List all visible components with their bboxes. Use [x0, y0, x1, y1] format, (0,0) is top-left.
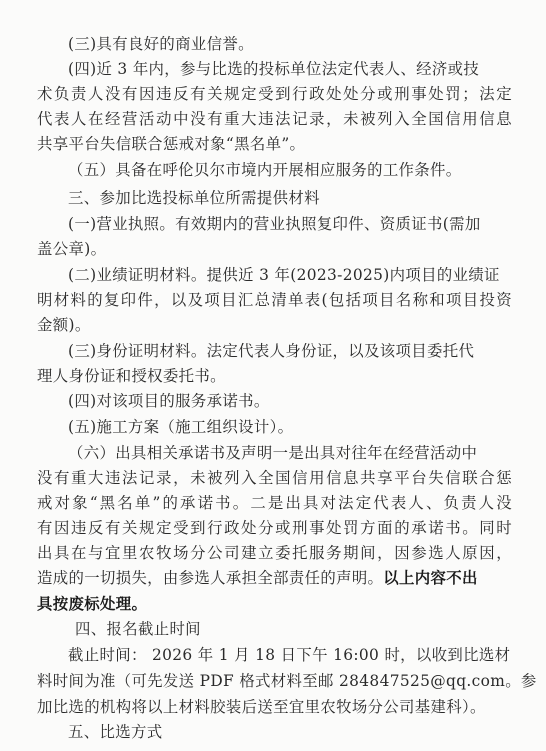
- deadline-line-1: 截止时间： 2026 年 1 月 18 日下午 16:00 时，以收到比选材: [68, 645, 543, 665]
- section-4-heading: 四、报名截止时间: [75, 619, 546, 639]
- material-6-line-3: 戒对象“黑名单”的承诺书。二是出具对法定代表人、负责人没: [37, 493, 512, 513]
- section-3-heading: 三、参加比选投标单位所需提供材料: [68, 188, 543, 208]
- material-6-line-5: 出具在与宜里农牧场分公司建立委托服务期间，因参选人原因，: [37, 543, 512, 563]
- section-5-heading: 五、比选方式: [68, 722, 543, 742]
- material-6-statement-text: 造成的一切损失，由参选人承担全部责任的声明。: [37, 569, 383, 587]
- material-1-line-1: (一)营业执照。有效期内的营业执照复印件、资质证书(需加: [68, 214, 543, 234]
- clause-4-line-2: 术负责人没有因违反有关规定受到行政处处分或刑事处罚；法定: [37, 84, 512, 104]
- material-4: (四)对该项目的服务承诺书。: [68, 391, 543, 411]
- material-2-line-3: 金额)。: [37, 315, 512, 335]
- material-5: (五)施工方案（施工组织设计）。: [68, 417, 543, 437]
- material-3-line-1: (三)身份证明材料。法定代表人身份证，以及该项目委托代: [68, 341, 543, 361]
- material-6-line-2: 没有重大违法记录，未被列入全国信用信息共享平台失信联合惩: [37, 468, 512, 488]
- clause-4-line-1: (四)近 3 年内，参与比选的投标单位法定代表人、经济或技: [68, 59, 543, 79]
- material-2-line-1: (二)业绩证明材料。提供近 3 年(2023-2025)内项目的业绩证: [68, 265, 543, 285]
- disqualification-notice-end: 具按废标处理。: [37, 594, 512, 614]
- material-6-line-4: 有因违反有关规定受到行政处分或刑事处罚方面的承诺书。同时: [37, 518, 512, 538]
- material-2-line-2: 明材料的复印件，以及项目汇总清单表(包括项目名称和项目投资: [37, 290, 512, 310]
- deadline-line-2: 料时间为准（可先发送 PDF 格式材料至邮 284847525@qq.com。参: [37, 671, 512, 691]
- clause-3-business-reputation: (三)具有良好的商业信誉。: [68, 34, 543, 54]
- document-page: (三)具有良好的商业信誉。 (四)近 3 年内，参与比选的投标单位法定代表人、经…: [0, 0, 546, 751]
- material-3-line-2: 理人身份证和授权委托书。: [37, 366, 512, 386]
- deadline-line-3: 加比选的机构将以上材料胶装后送至宜里农牧场分公司基建科）。: [37, 697, 512, 717]
- material-6-line-6: 造成的一切损失，由参选人承担全部责任的声明。以上内容不出: [37, 568, 512, 588]
- clause-5-work-conditions: （五）具备在呼伦贝尔市境内开展相应服务的工作条件。: [68, 160, 543, 180]
- material-6-line-1: （六）出具相关承诺书及声明一是出具对往年在经营活动中: [68, 443, 543, 463]
- material-1-line-2: 盖公章)。: [37, 239, 512, 259]
- clause-4-line-4: 共享平台失信联合惩戒对象“黑名单”。: [37, 134, 512, 154]
- clause-4-line-3: 代表人在经营活动中没有重大违法记录，未被列入全国信用信息: [37, 109, 512, 129]
- disqualification-notice-start: 以上内容不出: [383, 569, 477, 587]
